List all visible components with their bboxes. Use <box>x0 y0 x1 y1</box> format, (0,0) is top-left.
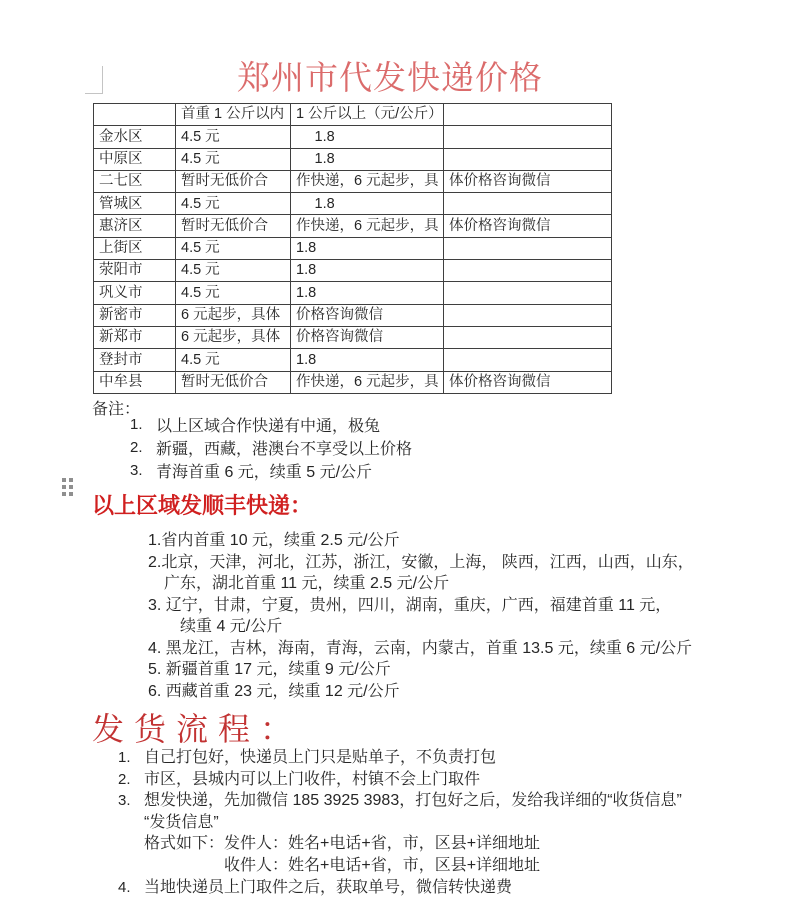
process-item: 1.自己打包好，快递员上门只是贴单子，不负责打包 <box>118 747 682 769</box>
dot <box>69 492 73 496</box>
dot <box>62 485 66 489</box>
price-table-cell: 4.5 元 <box>176 282 291 304</box>
price-table-cell <box>444 193 612 215</box>
price-table-cell: 中牟县 <box>94 371 176 393</box>
process-item-line: 收件人：姓名+电话+省，市，区县+详细地址 <box>144 855 682 877</box>
price-table-cell: 4.5 元 <box>176 148 291 170</box>
price-table-cell: 作快递，6 元起步，具 <box>291 371 444 393</box>
price-table-row: 上街区4.5 元1.8 <box>94 237 612 259</box>
price-table-cell: 暂时无低价合 <box>176 371 291 393</box>
sf-price-line: 广东，湖北首重 11 元，续重 2.5 元/公斤 <box>148 573 694 595</box>
process-item-text: 市区，县城内可以上门收件，村镇不会上门取件 <box>144 769 480 791</box>
price-table: 首重 1 公斤以内1 公斤以上（元/公斤）金水区4.5 元 1.8中原区4.5 … <box>93 103 612 394</box>
price-table-row: 金水区4.5 元 1.8 <box>94 126 612 148</box>
page-title: 郑州市代发快递价格 <box>90 52 690 99</box>
price-table-header-cell <box>94 104 176 126</box>
process-item-number: 4. <box>118 877 144 899</box>
dot <box>69 485 73 489</box>
note-item: 3.青海首重 6 元，续重 5 元/公斤 <box>130 459 412 482</box>
price-table-cell: 价格咨询微信 <box>291 304 444 326</box>
price-table-cell: 4.5 元 <box>176 237 291 259</box>
price-table-cell: 1.8 <box>291 126 444 148</box>
note-item-number: 2. <box>130 439 156 456</box>
process-item-number: 3. <box>118 790 144 812</box>
document-page: 郑州市代发快递价格 首重 1 公斤以内1 公斤以上（元/公斤）金水区4.5 元 … <box>0 0 800 913</box>
process-item-text: 自己打包好，快递员上门只是贴单子，不负责打包 <box>144 747 496 769</box>
price-table-cell: 1.8 <box>291 193 444 215</box>
price-table-cell: 4.5 元 <box>176 193 291 215</box>
process-item-line: 想发快递，先加微信 185 3925 3983，打包好之后，发给我详细的“收货信… <box>144 790 682 812</box>
sf-price-list: 1.省内首重 10 元，续重 2.5 元/公斤2.北京，天津，河北，江苏，浙江，… <box>148 530 694 702</box>
price-table-cell: 二七区 <box>94 170 176 192</box>
sf-price-line: 5. 新疆首重 17 元，续重 9 元/公斤 <box>148 659 694 681</box>
process-item-line: 市区，县城内可以上门收件，村镇不会上门取件 <box>144 769 480 791</box>
price-table-cell: 1.8 <box>291 237 444 259</box>
process-item-text: 当地快递员上门取件之后，获取单号，微信转快递费 <box>144 877 512 899</box>
price-table-row: 惠济区暂时无低价合作快递，6 元起步，具体价格咨询微信 <box>94 215 612 237</box>
price-table-cell: 荥阳市 <box>94 260 176 282</box>
price-table-cell: 登封市 <box>94 349 176 371</box>
process-item: 4.当地快递员上门取件之后，获取单号，微信转快递费 <box>118 877 682 899</box>
price-table-cell: 作快递，6 元起步，具 <box>291 170 444 192</box>
price-table-cell <box>444 148 612 170</box>
price-table-row: 新郑市6 元起步，具体价格咨询微信 <box>94 326 612 348</box>
process-item-line: 格式如下：发件人：姓名+电话+省，市，区县+详细地址 <box>144 833 682 855</box>
sf-price-line: 续重 4 元/公斤 <box>148 616 694 638</box>
dot <box>69 478 73 482</box>
price-table-cell: 6 元起步，具体 <box>176 326 291 348</box>
sf-price-line: 1.省内首重 10 元，续重 2.5 元/公斤 <box>148 530 694 552</box>
price-table-cell: 中原区 <box>94 148 176 170</box>
price-table-cell <box>444 304 612 326</box>
price-table-cell: 1.8 <box>291 260 444 282</box>
note-item-number: 3. <box>130 462 156 479</box>
price-table-cell: 6 元起步，具体 <box>176 304 291 326</box>
note-item: 1.以上区域合作快递有中通，极兔 <box>130 413 412 436</box>
drag-handle-dots-icon[interactable] <box>62 478 73 496</box>
sf-price-line: 2.北京，天津，河北，江苏，浙江，安徽，上海， 陕西，江西，山西，山东， <box>148 552 694 574</box>
note-item: 2.新疆，西藏，港澳台不享受以上价格 <box>130 436 412 459</box>
note-item-text: 新疆，西藏，港澳台不享受以上价格 <box>156 436 412 459</box>
price-table-cell <box>444 282 612 304</box>
process-item-text: 想发快递，先加微信 185 3925 3983，打包好之后，发给我详细的“收货信… <box>144 790 682 876</box>
price-table-cell: 巩义市 <box>94 282 176 304</box>
price-table-cell: 暂时无低价合 <box>176 215 291 237</box>
price-table-cell: 新密市 <box>94 304 176 326</box>
process-item-line: 当地快递员上门取件之后，获取单号，微信转快递费 <box>144 877 512 899</box>
process-item: 2.市区，县城内可以上门收件，村镇不会上门取件 <box>118 769 682 791</box>
process-item-number: 2. <box>118 769 144 791</box>
price-table-cell: 1.8 <box>291 349 444 371</box>
shipping-process-list: 1.自己打包好，快递员上门只是贴单子，不负责打包2.市区，县城内可以上门收件，村… <box>118 747 682 898</box>
price-table-row: 巩义市4.5 元1.8 <box>94 282 612 304</box>
price-table-row: 中牟县暂时无低价合作快递，6 元起步，具体价格咨询微信 <box>94 371 612 393</box>
process-item-number: 1. <box>118 747 144 769</box>
dot <box>62 492 66 496</box>
dot <box>62 478 66 482</box>
price-table-cell <box>444 126 612 148</box>
price-table-cell: 4.5 元 <box>176 260 291 282</box>
sf-section-heading: 以上区域发顺丰快递： <box>92 489 312 520</box>
price-table-row: 荥阳市4.5 元1.8 <box>94 260 612 282</box>
price-table-header-cell: 首重 1 公斤以内 <box>176 104 291 126</box>
price-table-header-cell <box>444 104 612 126</box>
price-table-cell: 金水区 <box>94 126 176 148</box>
price-table-cell: 暂时无低价合 <box>176 170 291 192</box>
price-table-row: 中原区4.5 元 1.8 <box>94 148 612 170</box>
price-table-cell: 管城区 <box>94 193 176 215</box>
price-table-cell <box>444 260 612 282</box>
process-item-line: 自己打包好，快递员上门只是贴单子，不负责打包 <box>144 747 496 769</box>
price-table-row: 登封市4.5 元1.8 <box>94 349 612 371</box>
price-table-cell <box>444 237 612 259</box>
price-table-cell: 上街区 <box>94 237 176 259</box>
price-table-cell: 体价格咨询微信 <box>444 371 612 393</box>
price-table-row: 二七区暂时无低价合作快递，6 元起步，具体价格咨询微信 <box>94 170 612 192</box>
price-table-cell: 新郑市 <box>94 326 176 348</box>
process-section-heading: 发货流程： <box>92 704 302 750</box>
price-table-body: 首重 1 公斤以内1 公斤以上（元/公斤）金水区4.5 元 1.8中原区4.5 … <box>94 104 612 394</box>
process-item-line: “发货信息” <box>144 812 682 834</box>
price-table-cell: 价格咨询微信 <box>291 326 444 348</box>
sf-price-line: 6. 西藏首重 23 元，续重 12 元/公斤 <box>148 681 694 703</box>
notes-list: 1.以上区域合作快递有中通，极兔2.新疆，西藏，港澳台不享受以上价格3.青海首重… <box>130 413 412 483</box>
note-item-text: 青海首重 6 元，续重 5 元/公斤 <box>156 459 372 482</box>
price-table-cell: 体价格咨询微信 <box>444 215 612 237</box>
price-table-cell <box>444 326 612 348</box>
price-table-cell: 1.8 <box>291 282 444 304</box>
price-table-cell: 惠济区 <box>94 215 176 237</box>
price-table-cell: 1.8 <box>291 148 444 170</box>
price-table-cell: 体价格咨询微信 <box>444 170 612 192</box>
process-item: 3.想发快递，先加微信 185 3925 3983，打包好之后，发给我详细的“收… <box>118 790 682 876</box>
note-item-number: 1. <box>130 416 156 433</box>
price-table-cell: 作快递，6 元起步，具 <box>291 215 444 237</box>
price-table-header-row: 首重 1 公斤以内1 公斤以上（元/公斤） <box>94 104 612 126</box>
sf-price-line: 4. 黑龙江，吉林，海南，青海，云南，内蒙古，首重 13.5 元，续重 6 元/… <box>148 638 694 660</box>
price-table-row: 管城区4.5 元 1.8 <box>94 193 612 215</box>
note-item-text: 以上区域合作快递有中通，极兔 <box>156 413 380 436</box>
sf-price-line: 3. 辽宁，甘肃，宁夏，贵州，四川，湖南，重庆，广西，福建首重 11 元， <box>148 595 694 617</box>
price-table-cell: 4.5 元 <box>176 126 291 148</box>
price-table-header-cell: 1 公斤以上（元/公斤） <box>291 104 444 126</box>
price-table-cell: 4.5 元 <box>176 349 291 371</box>
price-table-row: 新密市6 元起步，具体价格咨询微信 <box>94 304 612 326</box>
price-table-cell <box>444 349 612 371</box>
